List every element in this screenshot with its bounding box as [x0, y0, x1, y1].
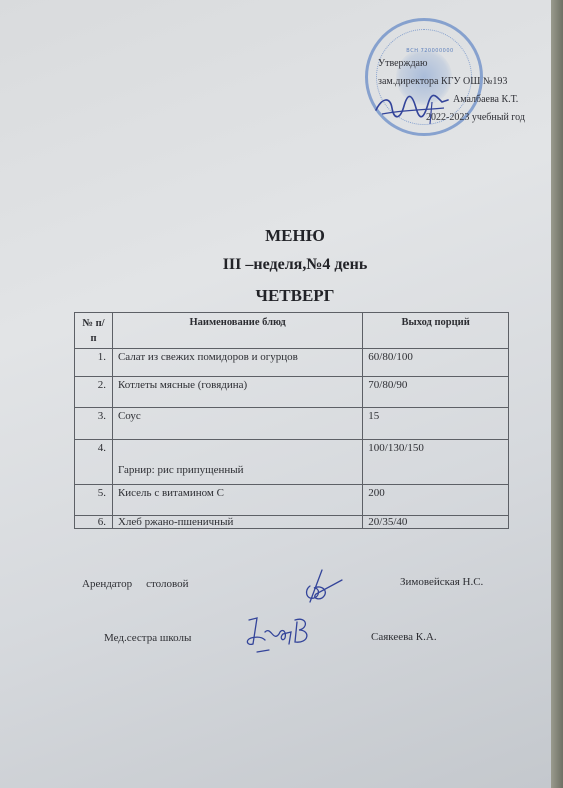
tenant-signature: [296, 568, 346, 604]
row-number: 6.: [75, 516, 113, 529]
portion-yield: 20/35/40: [363, 516, 509, 529]
header-number: № п/п: [75, 313, 113, 349]
approval-signature: [372, 88, 452, 128]
nurse-signature: [243, 614, 313, 656]
row-number: 5.: [75, 485, 113, 516]
approval-title: Утверждаю: [378, 55, 553, 73]
table-header-row: № п/п Наименование блюд Выход порций: [75, 313, 509, 349]
row-number: 1.: [75, 349, 113, 377]
tenant-role-label: Арендатор: [82, 578, 132, 590]
row-number: 2.: [75, 377, 113, 408]
nurse-name: Саякеева К.А.: [371, 631, 437, 643]
dish-name: Котлеты мясные (говядина): [112, 377, 362, 408]
nurse-role: Мед.сестра школы: [104, 632, 191, 644]
stamp-text: ВСН 720000000: [400, 48, 460, 54]
row-number: 3.: [75, 408, 113, 440]
table-row: 6. Хлеб ржано-пшеничный 20/35/40: [75, 516, 509, 529]
tenant-role-canteen: столовой: [146, 578, 188, 590]
page-title: МЕНЮ: [150, 226, 440, 246]
portion-yield: 70/80/90: [363, 377, 509, 408]
tenant-name: Зимовейская Н.С.: [400, 576, 483, 588]
dish-name: Гарнир: рис припущенный: [112, 440, 362, 485]
dish-name: Хлеб ржано-пшеничный: [112, 516, 362, 529]
portion-yield: 100/130/150: [363, 440, 509, 485]
table-row: 4. Гарнир: рис припущенный 100/130/150: [75, 440, 509, 485]
menu-table: № п/п Наименование блюд Выход порций 1. …: [74, 312, 509, 529]
portion-yield: 60/80/100: [363, 349, 509, 377]
table-row: 3. Соус 15: [75, 408, 509, 440]
dish-name: Салат из свежих помидоров и огурцов: [112, 349, 362, 377]
tenant-role: Арендаторстоловой: [82, 578, 188, 590]
dish-name: Кисель с витамином С: [112, 485, 362, 516]
table-row: 2. Котлеты мясные (говядина) 70/80/90: [75, 377, 509, 408]
header-portion-yield: Выход порций: [363, 313, 509, 349]
table-row: 1. Салат из свежих помидоров и огурцов 6…: [75, 349, 509, 377]
portion-yield: 15: [363, 408, 509, 440]
table-row: 5. Кисель с витамином С 200: [75, 485, 509, 516]
weekday-title: ЧЕТВЕРГ: [150, 286, 440, 306]
week-day-subtitle: III –неделя,№4 день: [150, 256, 440, 274]
header-dish-name: Наименование блюд: [112, 313, 362, 349]
portion-yield: 200: [363, 485, 509, 516]
row-number: 4.: [75, 440, 113, 485]
dish-name: Соус: [112, 408, 362, 440]
